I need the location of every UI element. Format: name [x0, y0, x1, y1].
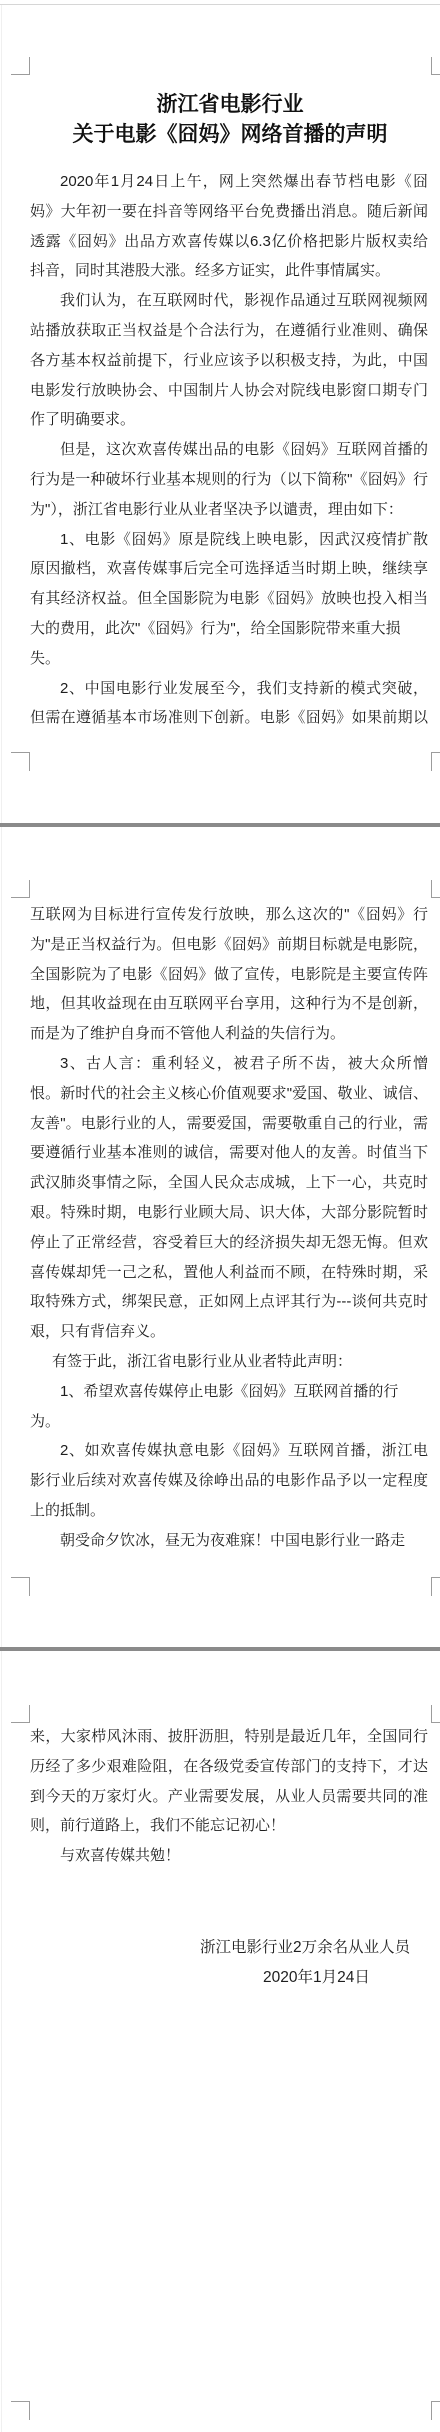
page-edge	[1, 1651, 2, 2432]
document-viewer[interactable]: 浙江省电影行业 关于电影《囧妈》网络首播的声明 2020年1月24日上午，网上突…	[0, 0, 440, 2432]
text-line: 电影发行放映协会、中国制片人协会对院线电影窗口期专门	[30, 376, 428, 406]
text-line: 朝受命夕饮冰，昼无为夜难寐！中国电影行业一路走	[30, 1526, 428, 1556]
crop-mark-bottom-left	[11, 752, 30, 771]
text-line: 停止了正常经营，容受着巨大的经济损失却无怨无悔。但欢	[30, 1228, 428, 1258]
text-line: 友善"。电影行业的人，需要爱国，需要敬重自己的行业，需	[30, 1109, 428, 1139]
text-line: 恨。新时代的社会主义核心价值观要求"爱国、敬业、诚信、	[30, 1079, 428, 1109]
text-line: 取特殊方式，绑架民意，正如网上点评其行为---谈何共克时	[30, 1287, 428, 1317]
page-3: 来，大家栉风沐雨、披肝沥胆，特别是最近几年，全国同行 历经了多少艰难险阻，在各级…	[0, 1651, 440, 2432]
text-line: 到今天的万家灯火。产业需要发展，从业人员需要共同的准	[30, 1782, 428, 1812]
text-line: 有签于此，浙江省电影行业从业者特此声明：	[30, 1347, 428, 1377]
text-line: 为"是正当权益行为。但电影《囧妈》前期目标就是电影院，	[30, 930, 428, 960]
signature-date: 2020年1月24日	[263, 1963, 370, 1993]
text-line: 我们认为，在互联网时代，影视作品通过互联网视频网	[30, 286, 428, 316]
crop-mark-bottom-right	[431, 2401, 440, 2420]
crop-mark-top-right	[431, 880, 440, 898]
document-title: 浙江省电影行业 关于电影《囧妈》网络首播的声明	[30, 90, 430, 150]
text-line: 2020年1月24日上午，网上突然爆出春节档电影《囧	[30, 167, 428, 197]
text-line: 历经了多少艰难险阻，在各级党委宣传部门的支持下，才达	[30, 1752, 428, 1782]
crop-mark-top-left	[11, 880, 30, 898]
crop-mark-top-right	[431, 1705, 440, 1723]
crop-mark-top-left	[11, 1705, 30, 1723]
page-3-body: 来，大家栉风沐雨、披肝沥胆，特别是最近几年，全国同行 历经了多少艰难险阻，在各级…	[30, 1722, 428, 1871]
text-line: 大的费用，此次"《囧妈》行为"，给全国影院带来重大损	[30, 614, 428, 644]
text-line: 妈》大年初一要在抖音等网络平台免费播出消息。随后新闻	[30, 197, 428, 227]
page-1: 浙江省电影行业 关于电影《囧妈》网络首播的声明 2020年1月24日上午，网上突…	[0, 5, 440, 823]
text-line: 互联网为目标进行宣传发行放映，那么这次的"《囧妈》行	[30, 900, 428, 930]
title-line-2: 关于电影《囧妈》网络首播的声明	[30, 120, 430, 150]
text-line: 原因撤档，欢喜传媒事后完全可选择适当时期上映，继续享	[30, 554, 428, 584]
text-line: 2、如欢喜传媒执意电影《囧妈》互联网首播，浙江电	[30, 1436, 428, 1466]
text-line: 透露《囧妈》出品方欢喜传媒以6.3亿价格把影片版权卖给	[30, 227, 428, 257]
text-line: 而是为了维护自身而不管他人利益的失信行为。	[30, 1019, 428, 1049]
page-2: 互联网为目标进行宣传发行放映，那么这次的"《囧妈》行 为"是正当权益行为。但电影…	[0, 827, 440, 1647]
text-line: 1、希望欢喜传媒停止电影《囧妈》互联网首播的行	[30, 1377, 428, 1407]
crop-mark-top-right	[431, 57, 440, 75]
text-line: 喜传媒却凭一己之私，置他人利益而不顾，在特殊时期，采	[30, 1258, 428, 1288]
text-line: 失。	[30, 644, 428, 674]
crop-mark-bottom-right	[431, 752, 440, 771]
text-line: 抖音，同时其港股大涨。经多方证实，此件事情属实。	[30, 256, 428, 286]
text-line: 2、中国电影行业发展至今，我们支持新的模式突破，	[30, 674, 428, 704]
text-line: 艰，只有背信弃义。	[30, 1317, 428, 1347]
crop-mark-bottom-left	[11, 1577, 30, 1596]
text-line: 行为是一种破坏行业基本规则的行为（以下简称"《囧妈》行	[30, 465, 428, 495]
text-line: 但需在遵循基本市场准则下创新。电影《囧妈》如果前期以	[30, 703, 428, 733]
page-edge	[1, 827, 2, 1647]
text-line: 但是，这次欢喜传媒出品的电影《囧妈》互联网首播的	[30, 435, 428, 465]
text-line: 与欢喜传媒共勉！	[30, 1841, 428, 1871]
text-line: 作了明确要求。	[30, 405, 428, 435]
text-line: 上的抵制。	[30, 1496, 428, 1526]
page-2-body: 互联网为目标进行宣传发行放映，那么这次的"《囧妈》行 为"是正当权益行为。但电影…	[30, 900, 428, 1556]
crop-mark-bottom-left	[11, 2401, 30, 2420]
page-1-body: 2020年1月24日上午，网上突然爆出春节档电影《囧 妈》大年初一要在抖音等网络…	[30, 167, 428, 733]
text-line: 地，但其收益现在由互联网平台享用，这种行为不是创新，	[30, 989, 428, 1019]
text-line: 站播放获取正当权益是个合法行为，在遵循行业准则、确保	[30, 316, 428, 346]
text-line: 有其经济权益。但全国影院为电影《囧妈》放映也投入相当	[30, 584, 428, 614]
text-line: 影行业后续对欢喜传媒及徐峥出品的电影作品予以一定程度	[30, 1466, 428, 1496]
text-line: 为"），浙江省电影行业从业者坚决予以谴责，理由如下：	[30, 495, 428, 525]
text-line: 3、古人言：重利轻义，被君子所不齿，被大众所憎	[30, 1049, 428, 1079]
crop-mark-top-left	[11, 57, 30, 75]
text-line: 为。	[30, 1407, 428, 1437]
text-line: 要遵循行业基本准则的诚信，需要对他人的友善。时值当下	[30, 1138, 428, 1168]
page-edge	[1, 5, 2, 823]
title-line-1: 浙江省电影行业	[30, 90, 430, 120]
text-line: 则，前行道路上，我们不能忘记初心！	[30, 1811, 428, 1841]
text-line: 各方基本权益前提下，行业应该予以积极支持，为此，中国	[30, 346, 428, 376]
text-line: 全国影院为了电影《囧妈》做了宣传，电影院是主要宣传阵	[30, 960, 428, 990]
text-line: 1、电影《囧妈》原是院线上映电影，因武汉疫情扩散	[30, 525, 428, 555]
crop-mark-bottom-right	[431, 1577, 440, 1596]
text-line: 武汉肺炎事情之际，全国人民众志成城，上下一心，共克时	[30, 1168, 428, 1198]
signature: 浙江电影行业2万余名从业人员	[200, 1933, 410, 1963]
text-line: 来，大家栉风沐雨、披肝沥胆，特别是最近几年，全国同行	[30, 1722, 428, 1752]
text-line: 艰。特殊时期，电影行业顾大局、识大体，大部分影院暂时	[30, 1198, 428, 1228]
